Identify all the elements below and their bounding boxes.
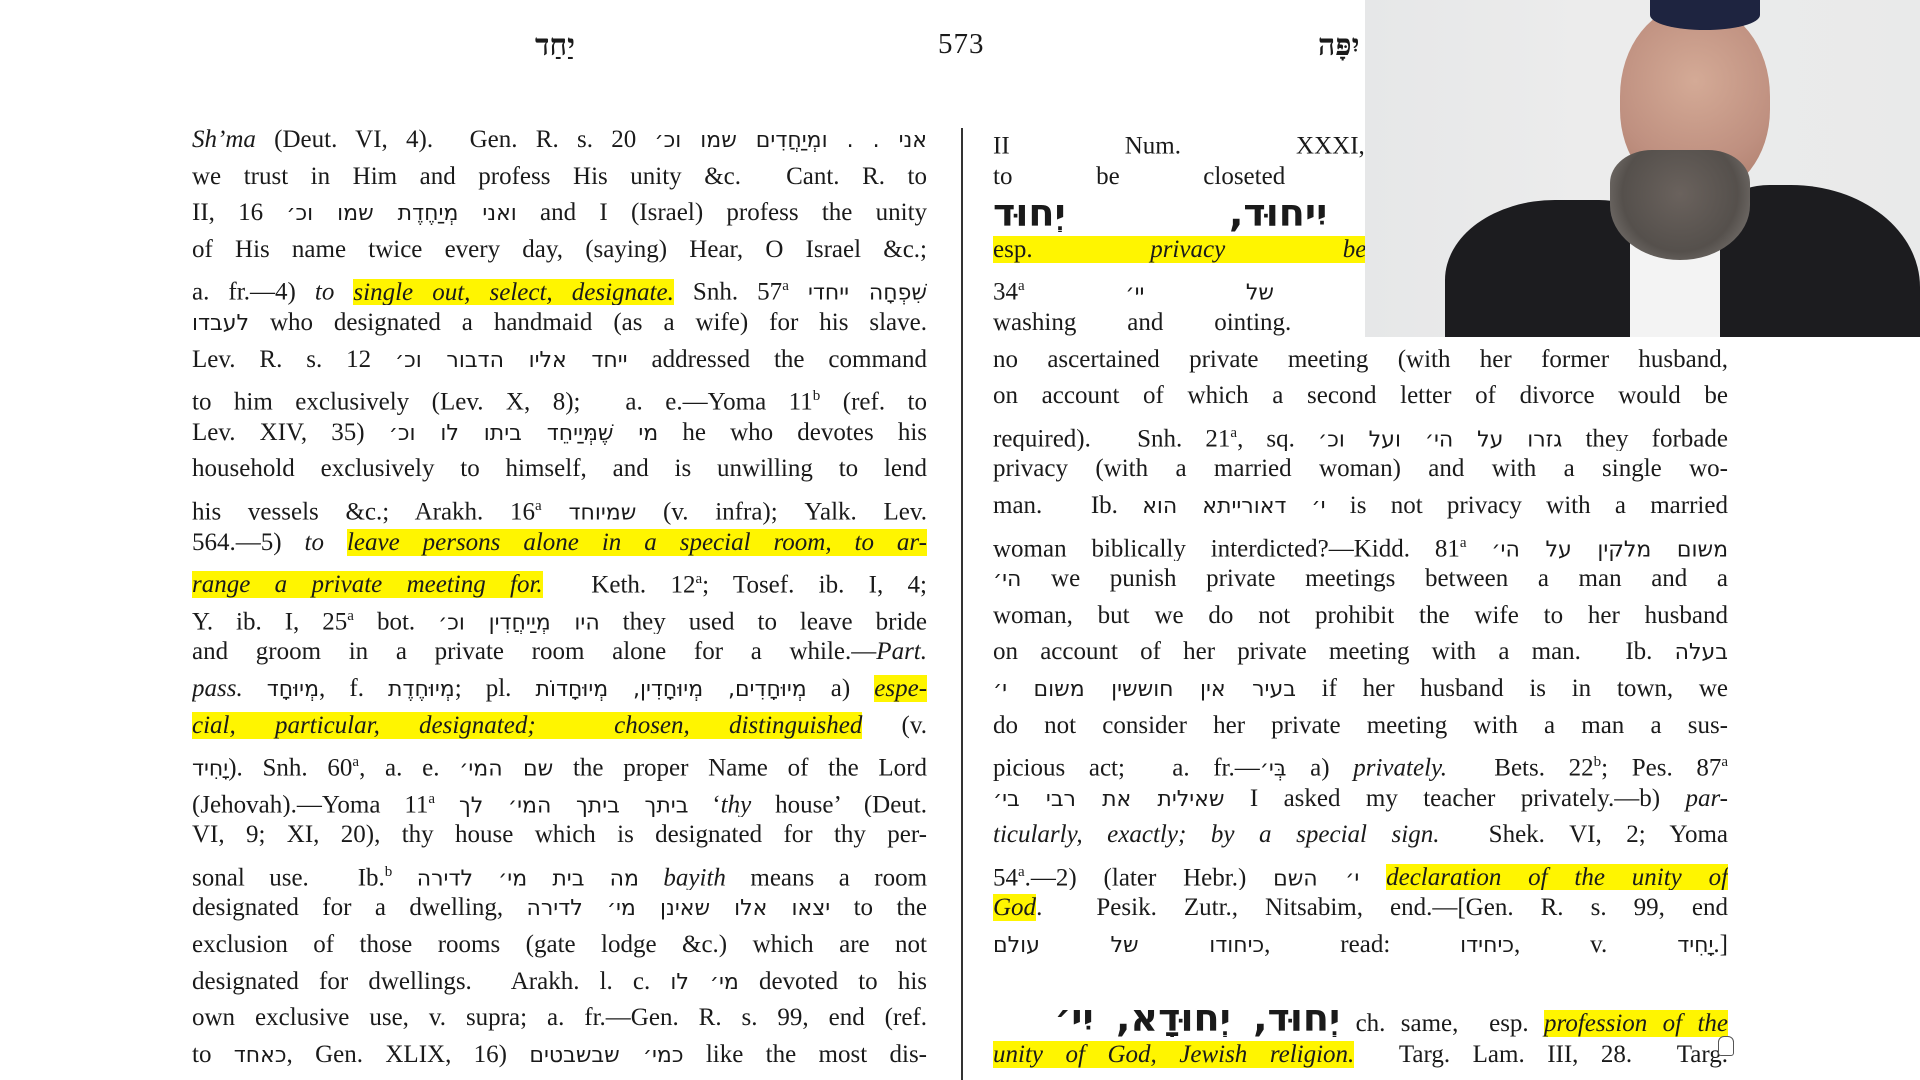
text-segment: man. Ib.: [993, 492, 1142, 519]
highlighted-text: declaration of the unity of: [1386, 864, 1728, 890]
hebrew-text: אני . . ומְיַחֲדִים שמו וכ׳: [655, 128, 928, 153]
text-segment: is not privacy with a married: [1325, 492, 1728, 519]
hebrew-text: מה בית מי׳ לדירה: [417, 866, 639, 890]
text-segment: [1359, 864, 1386, 890]
hebrew-text: בְּי׳: [1260, 756, 1287, 780]
text-segment: Lev. XIV, 35): [192, 419, 389, 446]
text-segment: household exclusively to himself, and is…: [192, 455, 927, 482]
right-running-headword: יִפָּה: [1318, 28, 1359, 63]
text-line: שאילית את רבי בי׳ I asked my teacher pri…: [993, 781, 1728, 818]
text-line: picious act; a. fr.—בְּי׳ a) privately. …: [993, 744, 1728, 781]
text-segment: 54: [993, 864, 1018, 890]
highlighted-text: unity of God, Jewish religion.: [993, 1041, 1354, 1068]
text-segment: devoted to his: [739, 968, 927, 995]
text-segment: II, 16: [192, 199, 286, 226]
text-segment: exclusion of those rooms (gate lodge &c.…: [192, 931, 927, 958]
left-running-headword: יַחַד: [535, 28, 575, 63]
text-segment: woman, but we do not prohibit the wife t…: [993, 602, 1728, 629]
highlighted-text: profession of the: [1544, 1010, 1728, 1037]
text-line: [993, 964, 1728, 1001]
text-line: his vessels &c.; Arakh. 16a שמיוחד (v. i…: [192, 488, 927, 525]
text-segment: means a room: [726, 864, 927, 890]
highlighted-text: single out, select, designate.: [353, 279, 673, 305]
text-segment: privacy (with a married woman) and with …: [993, 455, 1728, 482]
text-segment: (ref. to: [820, 388, 927, 414]
text-segment: 564.—5): [192, 529, 305, 556]
text-segment: (v.: [862, 712, 927, 739]
text-segment: they forbade: [1562, 425, 1728, 451]
hebrew-text: הי׳: [993, 567, 1021, 592]
hebrew-text: היו מְיַיחֲדִין וכ׳: [438, 610, 600, 634]
hebrew-text: יְחוּד, יְחוּדָא, יִי׳: [1054, 1000, 1340, 1037]
hebrew-text: י׳ השם: [1273, 866, 1359, 890]
text-segment: bayith: [663, 864, 726, 890]
text-line: designated for a dwelling, יצאו אלו שאינ…: [192, 890, 927, 927]
hebrew-text: ביתך ביתך המי׳ לך: [459, 793, 688, 817]
text-segment: we trust in Him and profess His unity &c…: [192, 163, 927, 190]
text-segment: (Jehovah).—Yoma 11: [192, 791, 428, 817]
text-segment: bot.: [354, 608, 438, 634]
text-segment: house’ (Deut.: [751, 791, 927, 817]
hebrew-text: מי שֶׁמְּיַיחֵד ביתו לו וכ׳: [389, 421, 659, 446]
text-segment: [435, 791, 459, 817]
text-segment: , Gen. XLIX, 16): [287, 1041, 530, 1068]
text-segment: to: [315, 279, 334, 305]
text-segment: [243, 675, 267, 702]
text-segment: a: [1721, 754, 1728, 770]
text-line: VI, 9; XI, 20), thy house which is desig…: [192, 817, 927, 854]
highlighted-text: espe-: [874, 675, 927, 702]
hebrew-text: י׳ דאורייתא הוא: [1142, 494, 1325, 519]
highlighted-text: leave persons alone in a special room, t…: [347, 529, 927, 556]
text-segment: they used to leave bride: [600, 608, 927, 634]
text-line: woman biblically interdicted?—Kidd. 81a …: [993, 525, 1728, 562]
text-segment: Shek. VI, 2; Yoma: [1439, 821, 1728, 848]
hebrew-text: כאחד: [234, 1043, 287, 1068]
hebrew-text: בעלה: [1675, 640, 1728, 665]
presenter-webcam-overlay: [1365, 0, 1920, 337]
text-segment: b: [1594, 754, 1602, 770]
text-line: household exclusively to himself, and is…: [192, 451, 927, 488]
text-segment: like the most dis-: [683, 1041, 927, 1068]
text-segment: who designated a handmaid (as a wife) fo…: [249, 309, 927, 336]
text-segment: ticularly, exactly; by a special sign.: [993, 821, 1439, 848]
hebrew-text: יָחִיד: [1677, 933, 1713, 958]
text-segment: Y. ib. I, 25: [192, 608, 347, 634]
highlighted-text: esp.: [993, 236, 1150, 263]
text-line: II, 16 ואני מְיַחֶדֶת שמו וכ׳ and I (Isr…: [192, 195, 927, 232]
text-segment: , v.: [1514, 931, 1677, 958]
hebrew-text: מי׳ לו: [670, 970, 738, 995]
hebrew-text: כיחידו: [1460, 933, 1514, 958]
text-line: יְחוּד, יְחוּדָא, יִי׳ ch. same, esp. pr…: [993, 1000, 1728, 1037]
hebrew-text: יִיחוּד, יְחוּד: [993, 195, 1327, 232]
text-segment: no ascertained private meeting (with her…: [993, 346, 1728, 373]
text-line: we trust in Him and profess His unity &c…: [192, 159, 927, 196]
text-segment: , f.: [319, 675, 388, 702]
text-segment: a: [1018, 278, 1025, 294]
highlighted-text: range a private meeting for.: [192, 571, 543, 597]
text-segment: a: [535, 498, 542, 514]
text-line: range a private meeting for. Keth. 12a; …: [192, 561, 927, 598]
hebrew-text: כמי׳ שבשבטים: [529, 1043, 683, 1068]
text-segment: I asked my teacher privately.—b): [1224, 785, 1685, 812]
hebrew-text: שם המי׳: [459, 756, 553, 780]
hebrew-text: יָחִיד: [192, 756, 228, 780]
hebrew-text: ואני מְיַחֶדֶת שמו וכ׳: [286, 201, 516, 226]
text-segment: VI, 9; XI, 20), thy house which is desig…: [192, 821, 927, 848]
hebrew-text: שִׁפְחָה ייחדי: [808, 281, 927, 305]
hebrew-text: שאילית את רבי בי׳: [993, 787, 1224, 812]
text-segment: Part.: [876, 638, 927, 665]
hebrew-text: כיחודו של עולם: [993, 933, 1264, 958]
text-segment: , a. e.: [359, 754, 459, 780]
text-segment: thy: [721, 791, 752, 817]
text-segment: 34: [993, 279, 1018, 305]
text-segment: his vessels &c.; Arakh. 16: [192, 498, 535, 524]
text-segment: [639, 864, 663, 890]
text-segment: [789, 279, 808, 305]
hebrew-text: מְיוּחָד: [267, 677, 319, 702]
presenter-kippah: [1650, 0, 1760, 30]
text-segment: picious act; a. fr.—: [993, 754, 1260, 780]
text-segment: a. fr.—4): [192, 279, 315, 305]
text-segment: ; pl.: [455, 675, 536, 702]
text-line: on account of her private meeting with a…: [993, 634, 1728, 671]
page-number: 573: [938, 28, 985, 61]
text-segment: .]: [1713, 931, 1728, 958]
text-segment: to: [192, 1041, 234, 1068]
text-line: God. Pesik. Zutr., Nitsabim, end.—[Gen. …: [993, 890, 1728, 927]
text-segment: ch. same, esp.: [1340, 1010, 1544, 1037]
text-segment: a: [1018, 864, 1025, 880]
text-segment: addressed the command: [628, 346, 927, 373]
text-segment: [542, 498, 569, 524]
text-line: unity of God, Jewish religion. Targ. Lam…: [993, 1037, 1728, 1074]
text-line: בעיר אין חוששין משום י׳ if her husband i…: [993, 671, 1728, 708]
text-line: 54a.—2) (later Hebr.) י׳ השם declaration…: [993, 854, 1728, 891]
text-segment: a): [807, 675, 875, 702]
text-segment: woman biblically interdicted?—Kidd. 81: [993, 535, 1460, 561]
text-segment: a: [782, 278, 789, 294]
text-segment: and I (Israel) profess the unity: [517, 199, 927, 226]
text-line: pass. מְיוּחָד, f. מְיוּחֶדֶת; pl. מְיוּ…: [192, 671, 927, 708]
hebrew-text: מְיוּחֶדֶת: [388, 677, 455, 702]
text-line: cial, particular, designated; chosen, di…: [192, 708, 927, 745]
text-segment: to the: [830, 894, 927, 921]
text-line: ticularly, exactly; by a special sign. S…: [993, 817, 1728, 854]
text-segment: and groom in a private room alone for a …: [192, 638, 876, 665]
hebrew-text: לעבדו: [192, 311, 249, 336]
text-segment: Sh’ma: [192, 126, 256, 153]
text-segment: required). Snh. 21: [993, 425, 1230, 451]
text-line: privacy (with a married woman) and with …: [993, 451, 1728, 488]
text-line: Lev. R. s. 12 ייחד אליו הדבור וכ׳ addres…: [192, 342, 927, 379]
text-segment: [334, 279, 353, 305]
text-segment: to: [305, 529, 324, 556]
text-line: sonal use. Ib.b מה בית מי׳ לדירה bayith …: [192, 854, 927, 891]
text-segment: sonal use. Ib.: [192, 864, 385, 890]
text-segment: he who devotes his: [658, 419, 927, 446]
text-line: to him exclusively (Lev. X, 8); a. e.—Yo…: [192, 378, 927, 415]
text-line: a. fr.—4) to single out, select, designa…: [192, 268, 927, 305]
text-line: own exclusive use, v. supra; a. fr.—Gen.…: [192, 1000, 927, 1037]
text-segment: on account of which a second letter of d…: [993, 382, 1728, 409]
text-segment: pass.: [192, 675, 243, 702]
hebrew-text: מְיוּחָדִים, מְיוּחָדִין, מְיוּחָדוֹת: [536, 677, 807, 702]
text-segment: .—2) (later Hebr.): [1025, 864, 1273, 890]
hebrew-text: שמיוחד: [568, 500, 636, 524]
text-line: man. Ib. י׳ דאורייתא הוא is not privacy …: [993, 488, 1728, 525]
text-segment: a: [1460, 535, 1467, 551]
column-divider: [961, 128, 963, 1080]
text-segment: [392, 864, 416, 890]
text-line: (Jehovah).—Yoma 11a ביתך ביתך המי׳ לך ‘t…: [192, 781, 927, 818]
text-segment: . Pesik. Zutr., Nitsabim, end.—[Gen. R. …: [1036, 894, 1728, 921]
hand-cursor-icon: [1718, 1036, 1734, 1056]
text-line: of His name twice every day, (saying) He…: [192, 232, 927, 269]
text-segment: privately.: [1353, 754, 1447, 780]
text-segment: par-: [1685, 785, 1728, 812]
text-line: to כאחד, Gen. XLIX, 16) כמי׳ שבשבטים lik…: [192, 1037, 927, 1074]
text-line: Sh’ma (Deut. VI, 4). Gen. R. s. 20 אני .…: [192, 122, 927, 159]
text-line: do not consider her private meeting with…: [993, 708, 1728, 745]
highlighted-text: cial, particular, designated; chosen, di…: [192, 712, 862, 739]
text-segment: the proper Name of the Lord: [553, 754, 927, 780]
text-segment: ; Tosef. ib. I, 4;: [702, 571, 927, 597]
text-line: הי׳ we punish private meetings between a…: [993, 561, 1728, 598]
text-segment: Snh. 57: [674, 279, 782, 305]
text-segment: [1467, 535, 1492, 561]
text-segment: Lev. R. s. 12: [192, 346, 395, 373]
text-segment: [324, 529, 347, 556]
text-line: on account of which a second letter of d…: [993, 378, 1728, 415]
text-segment: [993, 968, 999, 995]
text-segment: a): [1287, 754, 1354, 780]
text-line: exclusion of those rooms (gate lodge &c.…: [192, 927, 927, 964]
highlighted-text: God: [993, 894, 1036, 921]
text-segment: ; Pes. 87: [1601, 754, 1721, 780]
text-line: designated for dwellings. Arakh. l. c. מ…: [192, 964, 927, 1001]
text-segment: [1025, 279, 1126, 305]
text-line: no ascertained private meeting (with her…: [993, 342, 1728, 379]
text-segment: , sq.: [1237, 425, 1318, 451]
hebrew-text: יצאו אלו שאינן מי׳ לדירה: [527, 896, 831, 921]
presenter-beard: [1610, 150, 1750, 260]
text-segment: on account of her private meeting with a…: [993, 638, 1675, 665]
text-segment: (v. infra); Yalk. Lev.: [636, 498, 927, 524]
text-segment: we punish private meetings between a man…: [1021, 565, 1728, 592]
text-line: and groom in a private room alone for a …: [192, 634, 927, 671]
text-segment: a: [347, 608, 354, 624]
hebrew-text: ייחד אליו הדבור וכ׳: [395, 348, 628, 373]
text-segment: [993, 1010, 1054, 1037]
text-line: Y. ib. I, 25a bot. היו מְיַיחֲדִין וכ׳ t…: [192, 598, 927, 635]
text-line: כיחודו של עולם, read: כיחידו, v. יָחִיד.…: [993, 927, 1728, 964]
text-segment: (Deut. VI, 4). Gen. R. s. 20: [256, 126, 655, 153]
text-line: יָחִיד). Snh. 60a, a. e. שם המי׳ the pro…: [192, 744, 927, 781]
hebrew-text: גזרו על הי׳ ועל וכ׳: [1318, 427, 1562, 451]
text-segment: do not consider her private meeting with…: [993, 712, 1728, 739]
text-segment: designated for a dwelling,: [192, 894, 527, 921]
text-line: required). Snh. 21a, sq. גזרו על הי׳ ועל…: [993, 415, 1728, 452]
text-line: לעבדו who designated a handmaid (as a wi…: [192, 305, 927, 342]
hebrew-text: משום מלקין על הי׳: [1491, 537, 1728, 561]
left-column: Sh’ma (Deut. VI, 4). Gen. R. s. 20 אני .…: [192, 122, 927, 1073]
text-segment: own exclusive use, v. supra; a. fr.—Gen.…: [192, 1004, 927, 1031]
text-segment: ‘: [688, 791, 720, 817]
text-line: 564.—5) to leave persons alone in a spec…: [192, 525, 927, 562]
text-segment: of His name twice every day, (saying) He…: [192, 236, 927, 263]
text-segment: Keth. 12: [543, 571, 696, 597]
text-segment: to him exclusively (Lev. X, 8); a. e.—Yo…: [192, 388, 813, 414]
text-segment: Targ. Lam. III, 28. Targ.: [1354, 1041, 1728, 1068]
hebrew-text: בעיר אין חוששין משום י׳: [993, 677, 1296, 702]
text-segment: ). Snh. 60: [228, 754, 352, 780]
text-line: woman, but we do not prohibit the wife t…: [993, 598, 1728, 635]
text-segment: Bets. 22: [1447, 754, 1594, 780]
text-segment: , read:: [1264, 931, 1460, 958]
text-segment: designated for dwellings. Arakh. l. c.: [192, 968, 670, 995]
text-line: Lev. XIV, 35) מי שֶׁמְּיַיחֵד ביתו לו וכ…: [192, 415, 927, 452]
text-segment: if her husband is in town, we: [1296, 675, 1728, 702]
